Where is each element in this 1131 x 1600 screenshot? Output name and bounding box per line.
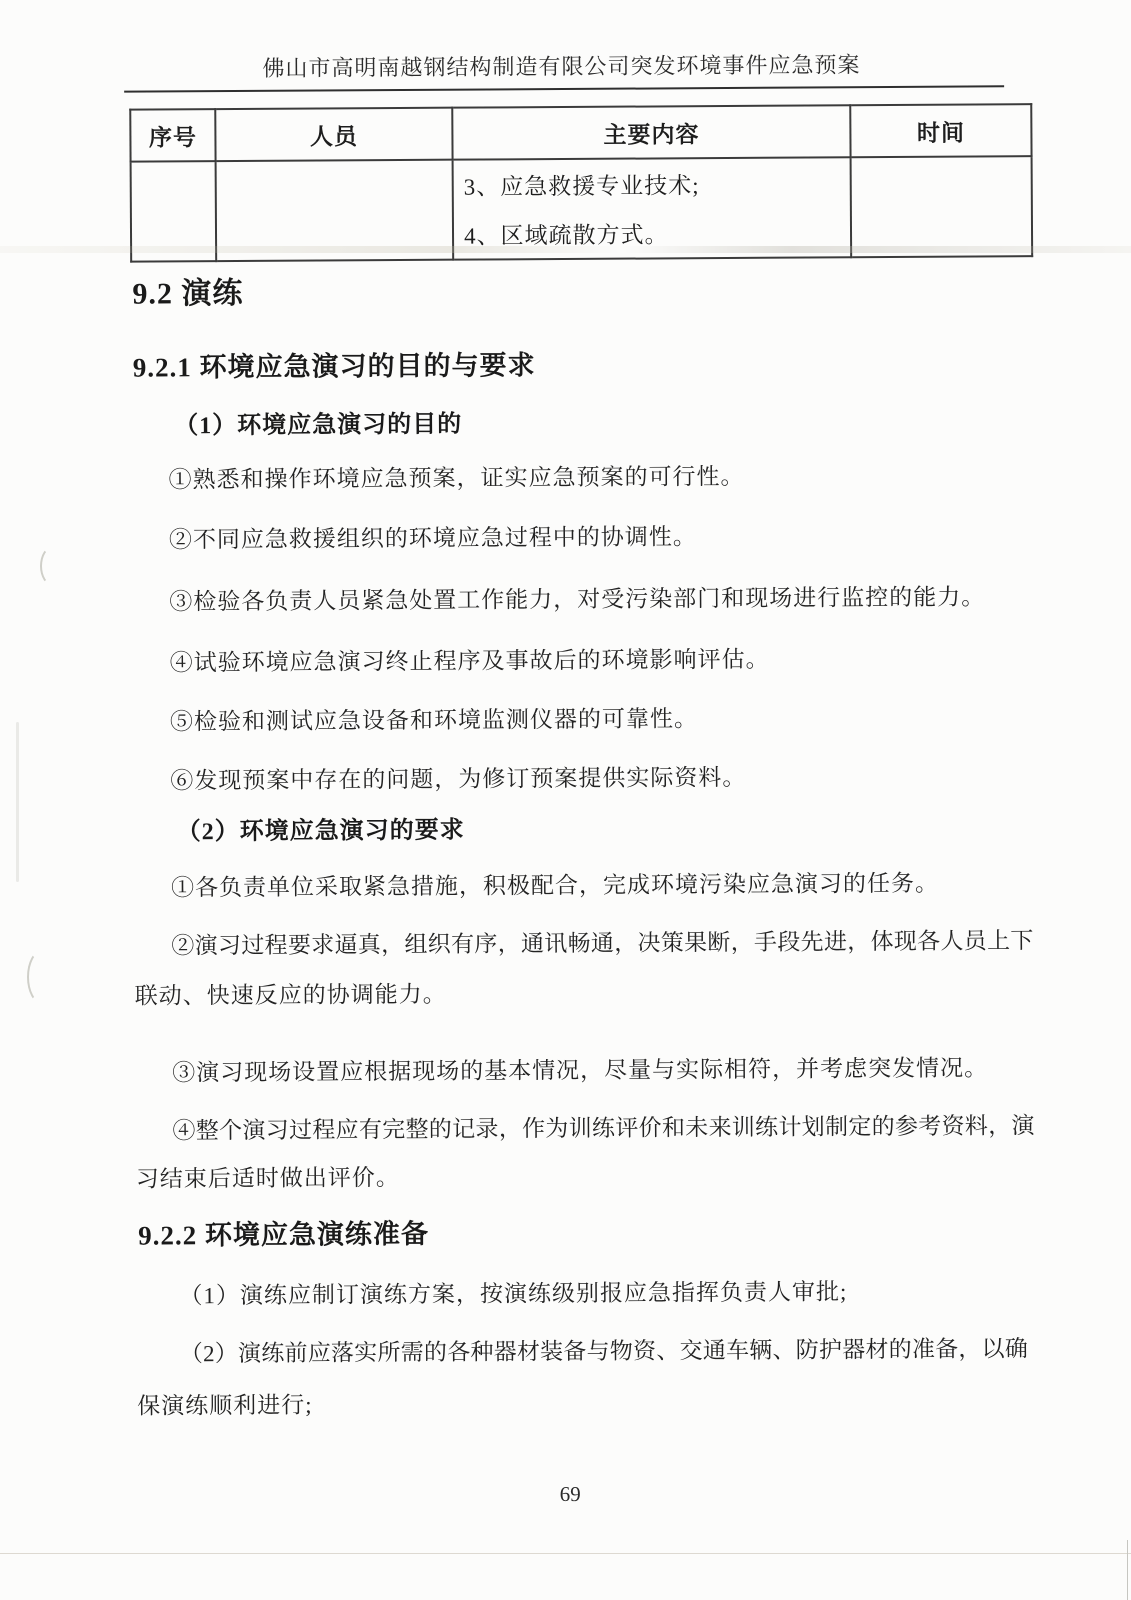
requirement-item-2-line-1: ②演习过程要求逼真，组织有序，通讯畅通，决策果断，手段先进，体现各人员上下 xyxy=(171,922,1033,957)
goal-item-5: ⑤检验和测试应急设备和环境监测仪器的可靠性。 xyxy=(170,700,698,736)
scan-bottom-line xyxy=(0,1553,1131,1554)
col-header-personnel: 人员 xyxy=(215,108,452,161)
cell-main-content: 3、应急救援专业技术; 4、区域疏散方式。 xyxy=(453,157,852,259)
requirement-item-4-line-1: ④整个演习过程应有完整的记录，作为训练评价和未来训练计划制定的参考资料，演 xyxy=(172,1107,1034,1142)
scanned-content: 佛山市高明南越钢结构制造有限公司突发环境事件应急预案 序号 人员 主要内容 时间 xyxy=(0,0,1131,1600)
subsection-1-title: （1）环境应急演习的目的 xyxy=(174,404,462,441)
col-header-time: 时间 xyxy=(850,104,1031,157)
prep-item-2-line-1: （2）演练前应落实所需的各种器材装备与物资、交通车辆、防护器材的准备，以确 xyxy=(180,1330,1028,1365)
document-page: 佛山市高明南越钢结构制造有限公司突发环境事件应急预案 序号 人员 主要内容 时间 xyxy=(0,0,1131,1600)
prep-item-1: （1）演练应制订演练方案，按演练级别报应急指挥负责人审批; xyxy=(179,1273,847,1310)
content-line: 3、应急救援专业技术; xyxy=(464,166,840,201)
goal-item-2: ②不同应急救援组织的环境应急过程中的协调性。 xyxy=(169,518,697,554)
header-rule xyxy=(124,85,1004,92)
scan-mark-upper xyxy=(40,546,66,586)
goal-item-6: ⑥发现预案中存在的问题，为修订预案提供实际资料。 xyxy=(170,759,746,796)
subsection-2-title: （2）环境应急演习的要求 xyxy=(177,810,465,847)
scan-mark-lower xyxy=(27,950,57,1004)
goal-item-1: ①熟悉和操作环境应急预案，证实应急预案的可行性。 xyxy=(168,458,744,495)
requirement-item-1: ①各负责单位采取紧急措施，积极配合，完成环境污染应急演习的任务。 xyxy=(171,865,939,903)
scan-edge-line xyxy=(1127,1540,1128,1600)
prep-item-2-line-2: 保演练顺利进行; xyxy=(137,1387,313,1421)
document-header-title: 佛山市高明南越钢结构制造有限公司突发环境事件应急预案 xyxy=(0,47,1127,85)
cell-content-lines: 3、应急救援专业技术; 4、区域疏散方式。 xyxy=(454,158,851,258)
drill-personnel-table: 序号 人员 主要内容 时间 3、应急救援专业技术; 4、区域疏散方式。 xyxy=(129,103,1033,263)
scan-smudge xyxy=(16,722,19,882)
section-heading-9-2: 9.2 演练 xyxy=(132,268,243,313)
page-number: 69 xyxy=(5,1479,1131,1511)
scan-streak xyxy=(0,246,1131,253)
requirement-item-2-line-2: 联动、快速反应的协调能力。 xyxy=(135,976,447,1011)
requirement-item-3: ③演习现场设置应根据现场的基本情况，尽量与实际相符，并考虑突发情况。 xyxy=(172,1049,988,1087)
table-header-row: 序号 人员 主要内容 时间 xyxy=(130,104,1031,162)
section-heading-9-2-1: 9.2.1 环境应急演习的目的与要求 xyxy=(133,343,536,384)
goal-item-4: ④试验环境应急演习终止程序及事故后的环境影响评估。 xyxy=(170,641,770,678)
col-header-seq: 序号 xyxy=(130,109,215,162)
goal-item-3: ③检验各负责人员紧急处置工作能力，对受污染部门和现场进行监控的能力。 xyxy=(169,578,985,616)
section-heading-9-2-2: 9.2.2 环境应急演练准备 xyxy=(138,1212,429,1253)
col-header-main-content: 主要内容 xyxy=(452,105,850,159)
requirement-item-4-line-2: 习结束后适时做出评价。 xyxy=(136,1159,400,1194)
cell-time xyxy=(851,156,1033,257)
